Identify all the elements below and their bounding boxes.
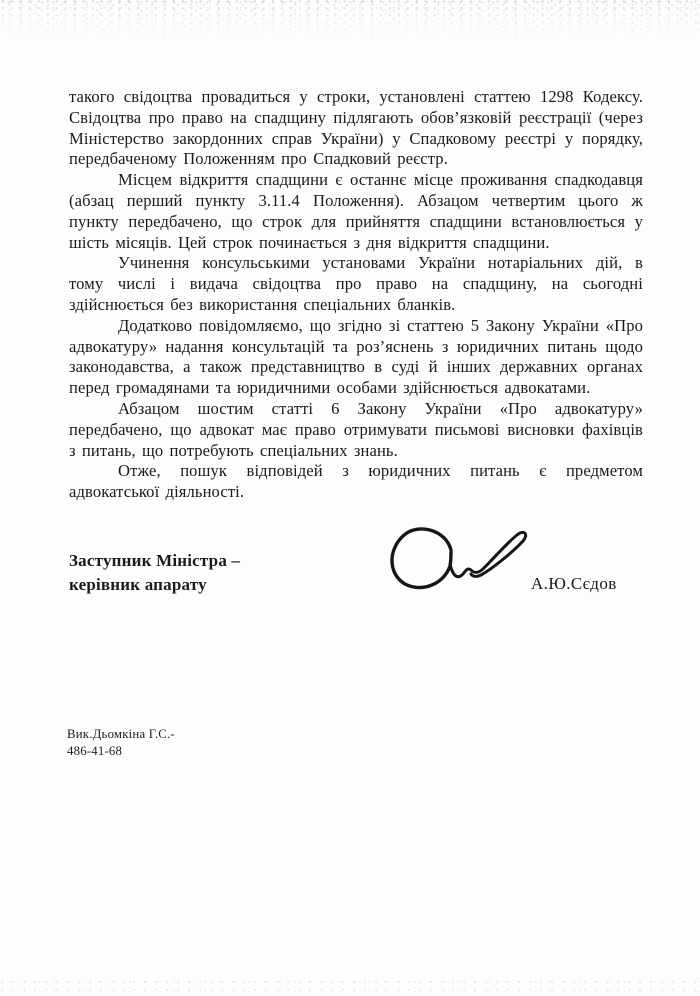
executor-phone: 486-41-68 xyxy=(67,743,175,760)
letter-body: такого свідоцтва провадиться у строки, у… xyxy=(69,87,643,503)
handwritten-signature-icon xyxy=(372,512,537,602)
paragraph: Абзацом шостим статті 6 Закону України «… xyxy=(69,399,643,461)
signer-title-line2: керівник апарату xyxy=(69,573,309,597)
signer-name: А.Ю.Сєдов xyxy=(531,574,617,594)
scanned-letter-page: такого свідоцтва провадиться у строки, у… xyxy=(0,0,700,996)
paragraph: Місцем відкриття спадщини є останнє місц… xyxy=(69,170,643,253)
paragraph-continuation: такого свідоцтва провадиться у строки, у… xyxy=(69,87,643,170)
scan-noise-top-edge xyxy=(0,0,700,42)
paragraph: Учинення консульськими установами Україн… xyxy=(69,253,643,315)
paragraph: Додатково повідомляємо, що згідно зі ста… xyxy=(69,316,643,399)
signer-title-line1: Заступник Міністра – xyxy=(69,549,309,573)
executor-name: Вик.Дьомкіна Г.С.- xyxy=(67,726,175,743)
executor-block: Вик.Дьомкіна Г.С.- 486-41-68 xyxy=(67,726,175,760)
scan-noise-bottom-edge xyxy=(0,978,700,996)
signer-title: Заступник Міністра – керівник апарату xyxy=(69,549,309,597)
paragraph: Отже, пошук відповідей з юридичних питан… xyxy=(69,461,643,503)
